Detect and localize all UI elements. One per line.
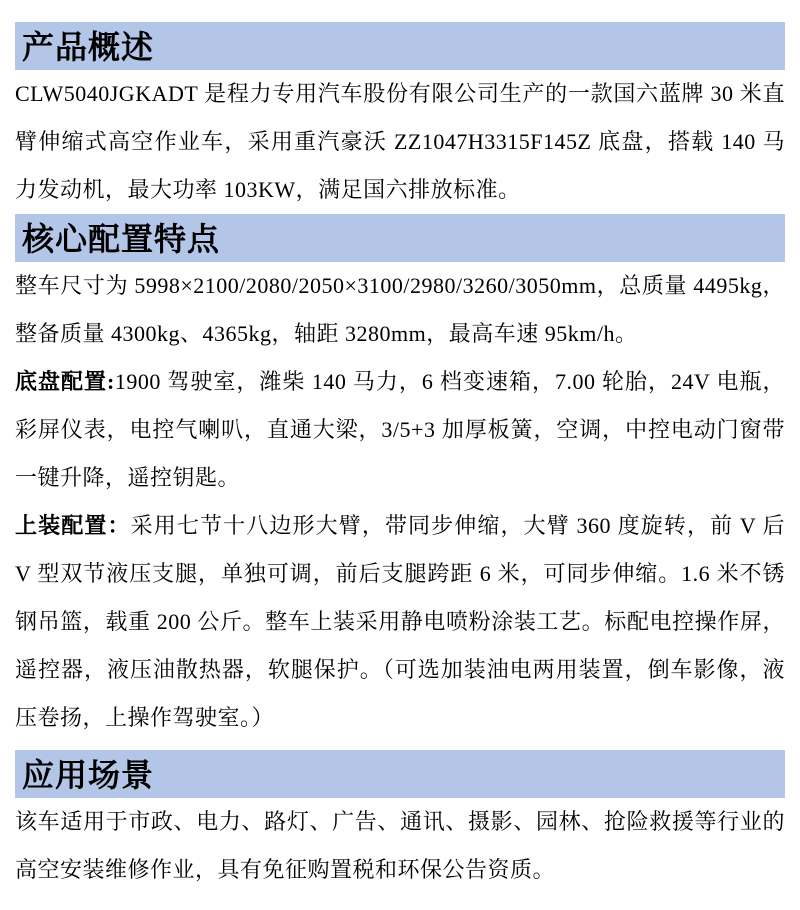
document: 产品概述 CLW5040JGKADT 是程力专用汽车股份有限公司生产的一款国六蓝… <box>0 0 800 894</box>
paragraph-product-overview: CLW5040JGKADT 是程力专用汽车股份有限公司生产的一款国六蓝牌 30 … <box>15 70 785 214</box>
section-header-application-scenarios: 应用场景 <box>15 750 785 798</box>
upper-body-configuration-label: 上装配置： <box>15 513 131 538</box>
paragraph-upper-body-configuration: 上装配置：采用七节十八边形大臂，带同步伸缩，大臂 360 度旋转，前 V 后 V… <box>15 502 785 742</box>
section-header-product-overview: 产品概述 <box>15 22 785 70</box>
upper-body-configuration-text: 采用七节十八边形大臂，带同步伸缩，大臂 360 度旋转，前 V 后 V 型双节液… <box>15 513 785 730</box>
section-header-core-configuration: 核心配置特点 <box>15 214 785 262</box>
paragraph-vehicle-dimensions: 整车尺寸为 5998×2100/2080/2050×3100/2980/3260… <box>15 262 785 358</box>
chassis-configuration-label: 底盘配置: <box>15 369 115 394</box>
paragraph-chassis-configuration: 底盘配置:1900 驾驶室，潍柴 140 马力，6 档变速箱，7.00 轮胎，2… <box>15 358 785 502</box>
chassis-configuration-text: 1900 驾驶室，潍柴 140 马力，6 档变速箱，7.00 轮胎，24V 电瓶… <box>15 369 785 490</box>
paragraph-application-scenarios: 该车适用于市政、电力、路灯、广告、通讯、摄影、园林、抢险救援等行业的高空安装维修… <box>15 798 785 894</box>
